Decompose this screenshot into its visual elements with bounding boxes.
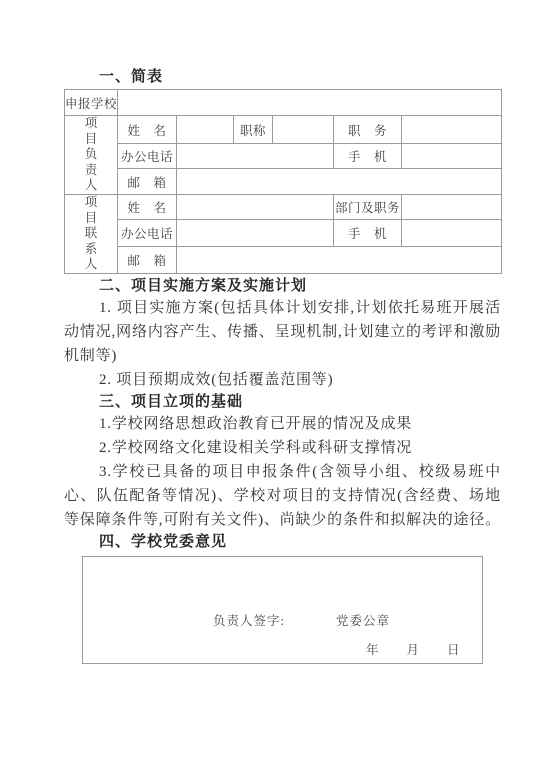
contact-dept-duty-label: 部门及职务 — [334, 195, 402, 220]
contact-email-value-cell — [177, 247, 502, 274]
applicant-school-value-cell — [118, 90, 502, 116]
table-row: 办公电话 手 机 — [65, 220, 502, 247]
signature-label: 负责人签字: — [213, 611, 285, 629]
contact-row-header: 项目联系人 — [65, 195, 118, 274]
date-label: 年 月 日 — [366, 640, 461, 658]
seal-label: 党委公章 — [336, 611, 390, 629]
contact-name-value-cell — [177, 195, 334, 220]
section2-paragraph-2: 2. 项目预期成效(包括覆盖范围等) — [64, 368, 501, 392]
party-committee-opinion-box: 负责人签字: 党委公章 年 月 日 — [82, 556, 483, 664]
section3-paragraph-3: 3.学校已具备的项目申报条件(含领导小组、校级易班中心、队伍配备等情况)、学校对… — [64, 460, 501, 532]
contact-name-label: 姓 名 — [118, 195, 177, 220]
leader-header-label: 项目负责人 — [84, 116, 98, 194]
section1-title: 一、简表 — [64, 66, 501, 87]
section2-paragraph-1: 1. 项目实施方案(包括具体计划安排,计划依托易班开展活动情况,网络内容产生、传… — [64, 296, 501, 368]
table-row: 项目负责人 姓 名 职称 职 务 — [65, 116, 502, 144]
document-page: 一、简表 申报学校 项目负责人 姓 名 职称 职 务 办公电话 — [64, 66, 501, 664]
contact-header-label: 项目联系人 — [84, 195, 98, 273]
leader-email-label: 邮 箱 — [118, 169, 177, 195]
leader-mobile-value-cell — [402, 144, 502, 169]
section3-paragraph-1: 1.学校网络思想政治教育已开展的情况及成果 — [64, 412, 501, 436]
leader-name-label: 姓 名 — [118, 116, 177, 144]
contact-mobile-label: 手 机 — [334, 220, 402, 247]
leader-office-phone-value-cell — [177, 144, 334, 169]
contact-office-phone-label: 办公电话 — [118, 220, 177, 247]
section2-title: 二、项目实施方案及实施计划 — [64, 276, 501, 296]
leader-mobile-label: 手 机 — [334, 144, 402, 169]
contact-office-phone-value-cell — [177, 220, 334, 247]
contact-mobile-value-cell — [402, 220, 502, 247]
table-row: 邮 箱 — [65, 247, 502, 274]
table-row: 办公电话 手 机 — [65, 144, 502, 169]
leader-title-label: 职称 — [234, 116, 273, 144]
document-body: 二、项目实施方案及实施计划 1. 项目实施方案(包括具体计划安排,计划依托易班开… — [64, 276, 501, 552]
applicant-school-label: 申报学校 — [65, 90, 118, 116]
brief-info-table: 申报学校 项目负责人 姓 名 职称 职 务 办公电话 手 机 邮 箱 — [64, 89, 502, 274]
section3-paragraph-2: 2.学校网络文化建设相关学科或科研支撑情况 — [64, 436, 501, 460]
section3-title: 三、项目立项的基础 — [64, 392, 501, 412]
leader-name-value-cell — [177, 116, 234, 144]
table-row: 邮 箱 — [65, 169, 502, 195]
leader-duty-value-cell — [402, 116, 502, 144]
contact-dept-duty-value-cell — [402, 195, 502, 220]
section4-title: 四、学校党委意见 — [64, 532, 501, 552]
contact-email-label: 邮 箱 — [118, 247, 177, 274]
leader-title-value-cell — [273, 116, 334, 144]
leader-email-value-cell — [177, 169, 502, 195]
table-row: 项目联系人 姓 名 部门及职务 — [65, 195, 502, 220]
leader-row-header: 项目负责人 — [65, 116, 118, 195]
leader-duty-label: 职 务 — [334, 116, 402, 144]
leader-office-phone-label: 办公电话 — [118, 144, 177, 169]
table-row: 申报学校 — [65, 90, 502, 116]
